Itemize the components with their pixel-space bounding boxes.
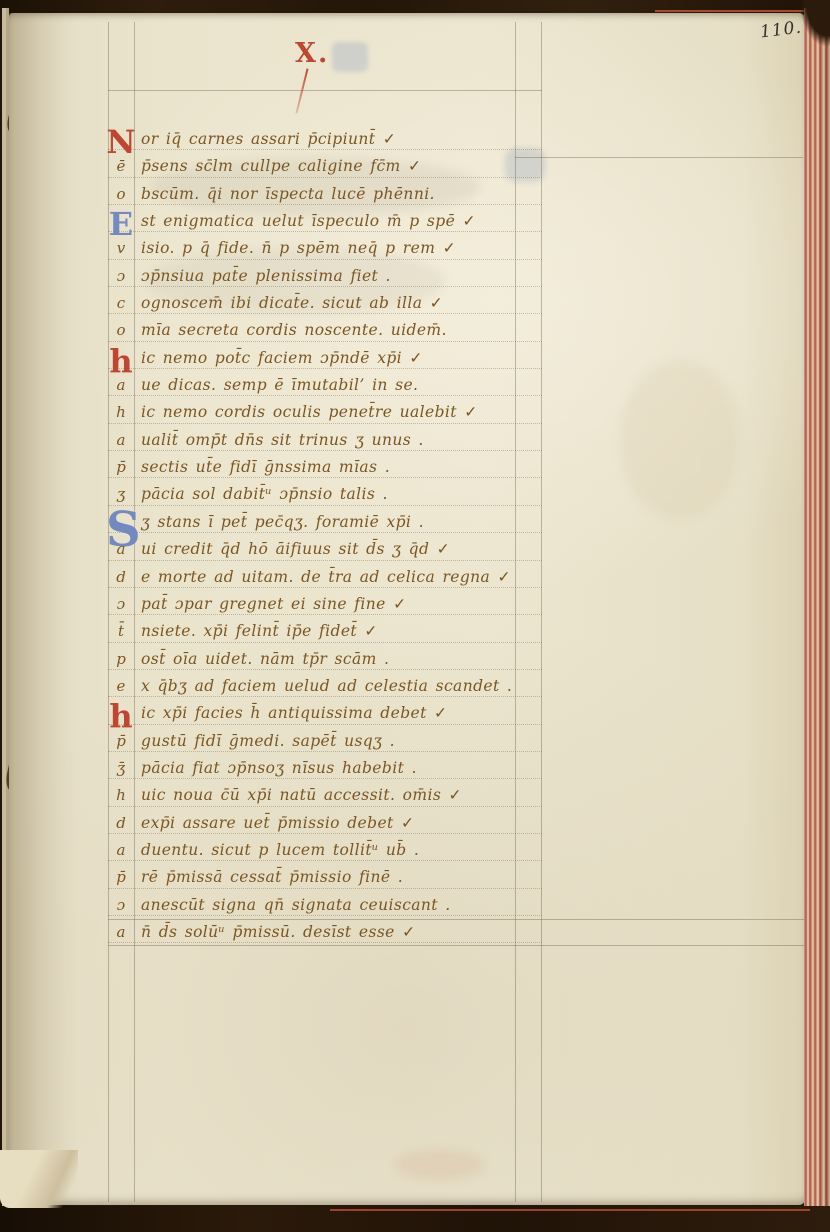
line-text: uic noua c̄ū xp̄i natū accessit. om̄is ✓ [141,786,462,804]
binding-top-red-line [655,10,820,12]
line-initial: a [106,540,136,558]
parchment-stain [395,1150,485,1180]
line-text: duentu. sicut p lucem tollit̄ᵘ ub̄ . [141,841,419,859]
text-line: a n̄ d̄s solūᵘ p̄missū. desīst esse ✓ [0,920,830,947]
line-initial: p̄ [106,868,136,886]
line-text: ognoscem̄ ibi dicat̄e. sicut ab illa ✓ [141,294,443,312]
line-initial: N [106,123,136,161]
line-text: pat̄ ɔpar gregnet ei sine fine ✓ [141,595,406,613]
line-initial: ē [106,157,136,175]
text-line: E st enigmatica uelut īspeculo m̄ p spē … [0,209,830,236]
chapter-numeral: X. [295,38,329,69]
line-initial: v [106,239,136,257]
text-line: S ʒ stans ī pet̄ pec̄qʒ. foramiē xp̄i . [0,510,830,537]
line-initial: a [106,376,136,394]
fore-edge-page-stack [804,8,830,1210]
text-line: a ue dicas. semp ē īmutabil’ in se. [0,373,830,400]
line-initial: a [106,923,136,941]
line-initial: h [106,786,136,804]
line-text: or iq̄ carnes assari p̄cipiunt̄ ✓ [141,130,396,148]
text-line: a ui credit q̄d hō āifiuus sit d̄s ʒ q̄d… [0,537,830,564]
line-text: exp̄i assare uet̄ p̄missio debet ✓ [141,814,414,832]
text-line: ɔ ɔp̄nsiua pat̄e plenissima fiet . [0,264,830,291]
text-line: v isio. p q̄ fide. n̄ p spēm neq̄ p rem … [0,236,830,263]
line-initial: c [106,294,136,312]
line-text: mīa secreta cordis noscente. uidem̄. [141,321,447,339]
line-initial: ʒ̄ [106,759,136,777]
text-line: ʒ̄ pācia fiat ɔp̄nsoʒ nīsus habebit . [0,756,830,783]
line-text: ost̄ oīa uidet. nām tp̄r scām . [141,650,389,668]
text-line: h uic noua c̄ū xp̄i natū accessit. om̄is… [0,783,830,810]
line-text: bscūm. q̄i nor īspecta lucē phēnni. [141,185,435,203]
line-text: ualit̄ omp̄t dn̄s sit trinus ʒ unus . [141,431,424,449]
line-initial: p [106,650,136,668]
text-line: p̄ sectis ut̄e fidī ḡnssima mīas . [0,455,830,482]
line-initial: a [106,431,136,449]
text-line: h ic xp̄i facies h̄ antiquissima debet ✓ [0,701,830,728]
line-text: p̄sens sc̄lm cullpe caligine fc̄m ✓ [141,157,421,175]
line-text: ui credit q̄d hō āifiuus sit d̄s ʒ q̄d ✓ [141,540,450,558]
line-initial: ɔ [106,267,136,285]
line-initial: ɔ [106,595,136,613]
line-initial: ʒ [106,485,136,503]
text-line: d exp̄i assare uet̄ p̄missio debet ✓ [0,811,830,838]
line-text: rē p̄missā cessat̄ p̄missio finē . [141,868,403,886]
line-initial: h [106,697,136,735]
line-text: nsiete. xp̄i felint̄ ip̄e fidet̄ ✓ [141,622,378,640]
line-initial: o [106,185,136,203]
line-initial: a [106,841,136,859]
text-line: p ost̄ oīa uidet. nām tp̄r scām . [0,647,830,674]
line-text: ʒ stans ī pet̄ pec̄qʒ. foramiē xp̄i . [141,513,424,531]
text-line: a ualit̄ omp̄t dn̄s sit trinus ʒ unus . [0,428,830,455]
line-text: e morte ad uitam. de t̄ra ad celica regn… [141,568,511,586]
text-line: ɔ pat̄ ɔpar gregnet ei sine fine ✓ [0,592,830,619]
line-initial: o [106,321,136,339]
text-line: c ognoscem̄ ibi dicat̄e. sicut ab illa ✓ [0,291,830,318]
line-text: isio. p q̄ fide. n̄ p spēm neq̄ p rem ✓ [141,239,456,257]
line-text: st enigmatica uelut īspeculo m̄ p spē ✓ [141,212,476,230]
text-line: d e morte ad uitam. de t̄ra ad celica re… [0,565,830,592]
line-text: ue dicas. semp ē īmutabil’ in se. [141,376,418,394]
ruling-horizontal-top [108,90,542,91]
line-text: ic nemo cordis oculis penet̄re ualebit ✓ [141,403,478,421]
line-initial: t̄ [106,622,136,640]
line-text: ic xp̄i facies h̄ antiquissima debet ✓ [141,704,447,722]
line-text: ɔp̄nsiua pat̄e plenissima fiet . [141,267,391,285]
line-text: sectis ut̄e fidī ḡnssima mīas . [141,458,390,476]
text-line: ē p̄sens sc̄lm cullpe caligine fc̄m ✓ [0,154,830,181]
text-line: h ic nemo cordis oculis penet̄re ualebit… [0,400,830,427]
text-line: a duentu. sicut p lucem tollit̄ᵘ ub̄ . [0,838,830,865]
text-line: N or iq̄ carnes assari p̄cipiunt̄ ✓ [0,127,830,154]
page-corner-curl [0,1150,78,1208]
line-text: pācia sol dabit̄ᵘ ɔp̄nsio talis . [141,485,388,503]
line-initial: d [106,568,136,586]
blue-offset-smudge [332,42,368,72]
line-text: n̄ d̄s solūᵘ p̄missū. desīst esse ✓ [141,923,415,941]
line-initial: ɔ [106,896,136,914]
text-line: h ic nemo pot̄c faciem ɔp̄ndē xp̄i ✓ [0,346,830,373]
line-initial: p̄ [106,458,136,476]
binding-corner [800,0,830,46]
line-initial: h [106,403,136,421]
binding-bottom-red-line [330,1209,810,1211]
text-lines: N or iq̄ carnes assari p̄cipiunt̄ ✓ ē p̄… [0,127,830,947]
text-line: ɔ anescūt signa qn̄ signata ceuiscant . [0,893,830,920]
line-text: x q̄bʒ ad faciem uelud ad celestia scand… [141,677,512,695]
line-initial: h [106,342,136,380]
line-initial: d [106,814,136,832]
text-line: p̄ rē p̄missā cessat̄ p̄missio finē . [0,865,830,892]
line-text: ic nemo pot̄c faciem ɔp̄ndē xp̄i ✓ [141,349,423,367]
line-initial: p̄ [106,732,136,750]
manuscript-photo: 110. X. N or iq̄ carnes assari p̄cipiunt… [0,0,830,1232]
line-initial: E [106,205,136,243]
line-text: pācia fiat ɔp̄nsoʒ nīsus habebit . [141,759,417,777]
line-text: anescūt signa qn̄ signata ceuiscant . [141,896,451,914]
text-line: p̄ gustū fidī ḡmedi. sapēt̄ usqʒ . [0,729,830,756]
text-line: t̄ nsiete. xp̄i felint̄ ip̄e fidet̄ ✓ [0,619,830,646]
line-text: gustū fidī ḡmedi. sapēt̄ usqʒ . [141,732,395,750]
line-initial: e [106,677,136,695]
